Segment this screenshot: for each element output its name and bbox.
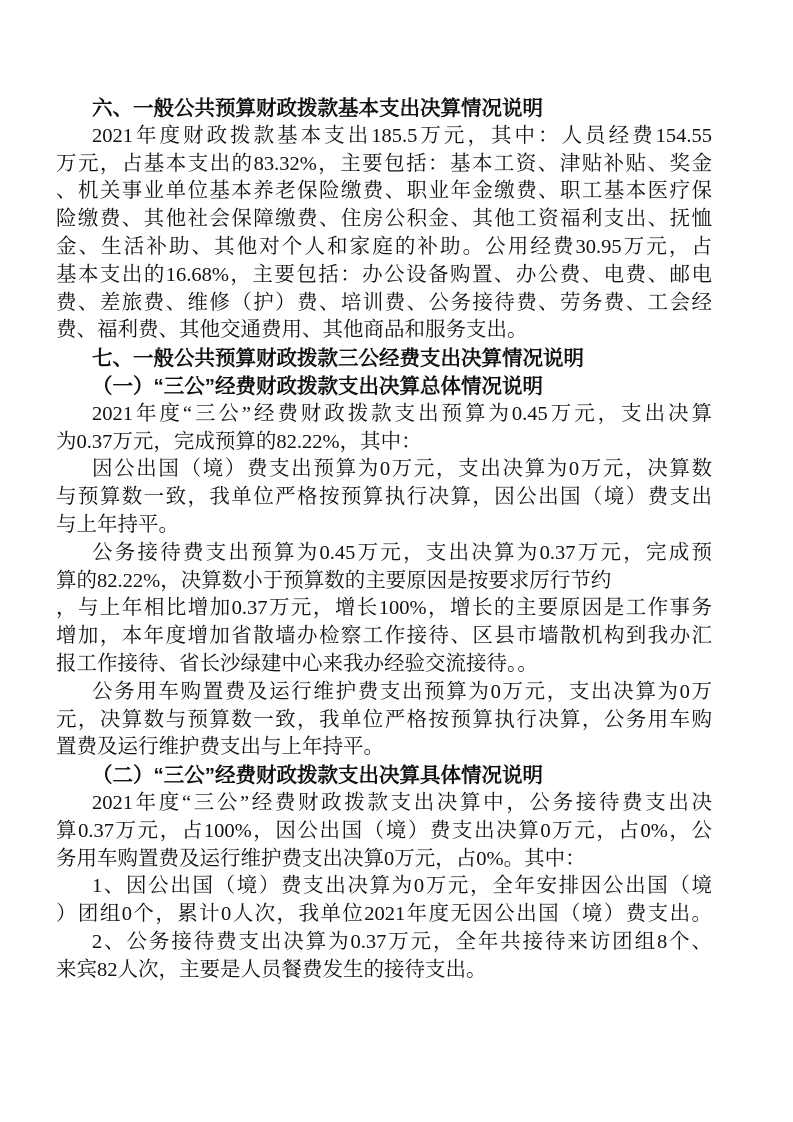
- text-line: ，与上年相比增加0.37万元，增长100%，增长的主要原因是工作事务: [56, 595, 712, 623]
- text-line: 金、生活补助、其他对个人和家庭的补助。公用经费30.95万元，占: [56, 234, 712, 262]
- section-heading: （一）“三公”经费财政拨款支出决算总体情况说明: [56, 373, 712, 401]
- text-line: 置费及运行维护费支出与上年持平。: [56, 734, 712, 762]
- text-line: 与上年持平。: [56, 512, 712, 540]
- text-line: 元，决算数与预算数一致，我单位严格按预算执行决算，公务用车购: [56, 707, 712, 735]
- document-page: 六、一般公共预算财政拨款基本支出决算情况说明2021年度财政拨款基本支出185.…: [0, 0, 793, 1122]
- text-line: 务用车购置费及运行维护费支出决算0万元，占0%。其中：: [56, 846, 712, 874]
- section-heading: 七、一般公共预算财政拨款三公经费支出决算情况说明: [56, 345, 712, 373]
- text-line: 为0.37万元，完成预算的82.22%，其中：: [56, 429, 712, 457]
- section-heading: 六、一般公共预算财政拨款基本支出决算情况说明: [56, 95, 712, 123]
- text-line: 1、因公出国（境）费支出决算为0万元，全年安排因公出国（境: [56, 873, 712, 901]
- text-line: 增加，本年度增加省散墙办检察工作接待、区县市墙散机构到我办汇: [56, 623, 712, 651]
- text-line: 与预算数一致，我单位严格按预算执行决算，因公出国（境）费支出: [56, 484, 712, 512]
- text-line: ）团组0个，累计0人次，我单位2021年度无因公出国（境）费支出。: [56, 901, 712, 929]
- text-line: 2021年度“三公”经费财政拨款支出决算中，公务接待费支出决: [56, 790, 712, 818]
- text-line: 因公出国（境）费支出预算为0万元，支出决算为0万元，决算数: [56, 456, 712, 484]
- text-line: 算0.37万元，占100%，因公出国（境）费支出决算0万元，占0%，公: [56, 818, 712, 846]
- text-line: 险缴费、其他社会保障缴费、住房公积金、其他工资福利支出、抚恤: [56, 206, 712, 234]
- text-line: 2、公务接待费支出决算为0.37万元，全年共接待来访团组8个、: [56, 929, 712, 957]
- text-line: 费、福利费、其他交通费用、其他商品和服务支出。: [56, 317, 712, 345]
- text-line: 公务接待费支出预算为0.45万元，支出决算为0.37万元，完成预: [56, 540, 712, 568]
- text-line: 算的82.22%，决算数小于预算数的主要原因是按要求厉行节约: [56, 568, 712, 596]
- text-line: 基本支出的16.68%，主要包括：办公设备购置、办公费、电费、邮电: [56, 262, 712, 290]
- text-line: 、机关事业单位基本养老保险缴费、职业年金缴费、职工基本医疗保: [56, 178, 712, 206]
- text-line: 公务用车购置费及运行维护费支出预算为0万元，支出决算为0万: [56, 679, 712, 707]
- text-column: 六、一般公共预算财政拨款基本支出决算情况说明2021年度财政拨款基本支出185.…: [56, 95, 712, 985]
- text-line: 报工作接待、省长沙绿建中心来我办经验交流接待。。: [56, 651, 712, 679]
- section-heading: （二）“三公”经费财政拨款支出决算具体情况说明: [56, 762, 712, 790]
- text-line: 来宾82人次，主要是人员餐费发生的接待支出。: [56, 957, 712, 985]
- text-line: 万元，占基本支出的83.32%，主要包括：基本工资、津贴补贴、奖金: [56, 151, 712, 179]
- text-line: 费、差旅费、维修（护）费、培训费、公务接待费、劳务费、工会经: [56, 290, 712, 318]
- text-line: 2021年度“三公”经费财政拨款支出预算为0.45万元，支出决算: [56, 401, 712, 429]
- text-line: 2021年度财政拨款基本支出185.5万元，其中：人员经费154.55: [56, 123, 712, 151]
